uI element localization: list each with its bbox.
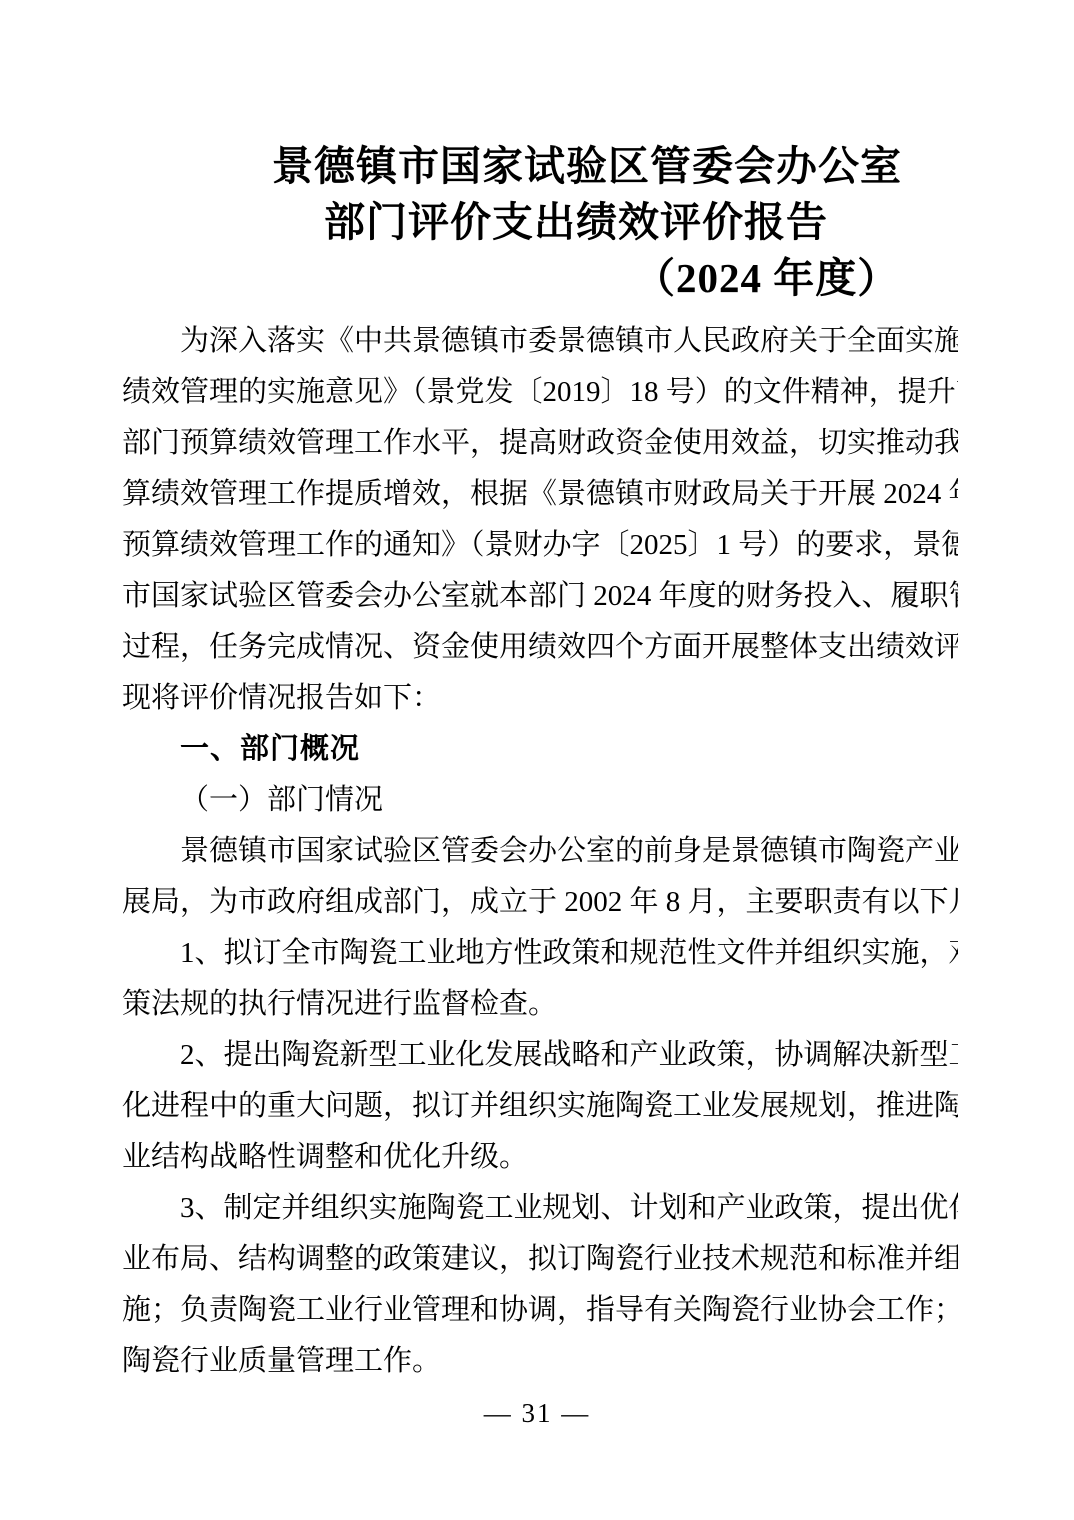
body-line: 算绩效管理工作提质增效，根据《景德镇市财政局关于开展 2024 年度 <box>122 469 958 520</box>
body-line: 2、提出陶瓷新型工业化发展战略和产业政策，协调解决新型工业 <box>122 1030 958 1081</box>
body-line: 预算绩效管理工作的通知》（景财办字〔2025〕1 号）的要求，景德镇 <box>122 520 958 571</box>
body-line: 一、部门概况 <box>122 724 958 775</box>
body-line: 景德镇市国家试验区管委会办公室的前身是景德镇市陶瓷产业发 <box>122 826 958 877</box>
body-line: 策法规的执行情况进行监督检查。 <box>122 979 958 1030</box>
title-line-1: 景德镇市国家试验区管委会办公室 <box>122 138 958 194</box>
body-line: 业结构战略性调整和优化升级。 <box>122 1132 958 1183</box>
body-line: 过程，任务完成情况、资金使用绩效四个方面开展整体支出绩效评价， <box>122 622 958 673</box>
document-body: 为深入落实《中共景德镇市委景德镇市人民政府关于全面实施预算绩效管理的实施意见》（… <box>122 316 958 1387</box>
title-line-2: 部门评价支出绩效评价报告 <box>122 194 958 250</box>
body-line: 展局，为市政府组成部门，成立于 2002 年 8 月，主要职责有以下几个： <box>122 877 958 928</box>
body-line: 1、拟订全市陶瓷工业地方性政策和规范性文件并组织实施，对政 <box>122 928 958 979</box>
body-line: （一）部门情况 <box>122 775 958 826</box>
body-line: 施；负责陶瓷工业行业管理和协调，指导有关陶瓷行业协会工作；指导 <box>122 1285 958 1336</box>
body-line: 绩效管理的实施意见》（景党发〔2019〕18 号）的文件精神，提升市直 <box>122 367 958 418</box>
document-page: 景德镇市国家试验区管委会办公室 部门评价支出绩效评价报告 （2024 年度） 为… <box>0 0 1074 1520</box>
page-number: — 31 — <box>0 1398 1074 1429</box>
body-line: 为深入落实《中共景德镇市委景德镇市人民政府关于全面实施预算 <box>122 316 958 367</box>
body-line: 现将评价情况报告如下： <box>122 673 958 724</box>
title-line-3: （2024 年度） <box>122 250 958 306</box>
body-line: 陶瓷行业质量管理工作。 <box>122 1336 958 1387</box>
document-title: 景德镇市国家试验区管委会办公室 部门评价支出绩效评价报告 （2024 年度） <box>122 138 958 306</box>
body-line: 市国家试验区管委会办公室就本部门 2024 年度的财务投入、履职管理 <box>122 571 958 622</box>
body-line: 业布局、结构调整的政策建议，拟订陶瓷行业技术规范和标准并组织实 <box>122 1234 958 1285</box>
body-line: 3、制定并组织实施陶瓷工业规划、计划和产业政策，提出优化产 <box>122 1183 958 1234</box>
body-line: 化进程中的重大问题，拟订并组织实施陶瓷工业发展规划，推进陶瓷产 <box>122 1081 958 1132</box>
body-line: 部门预算绩效管理工作水平，提高财政资金使用效益，切实推动我市预 <box>122 418 958 469</box>
